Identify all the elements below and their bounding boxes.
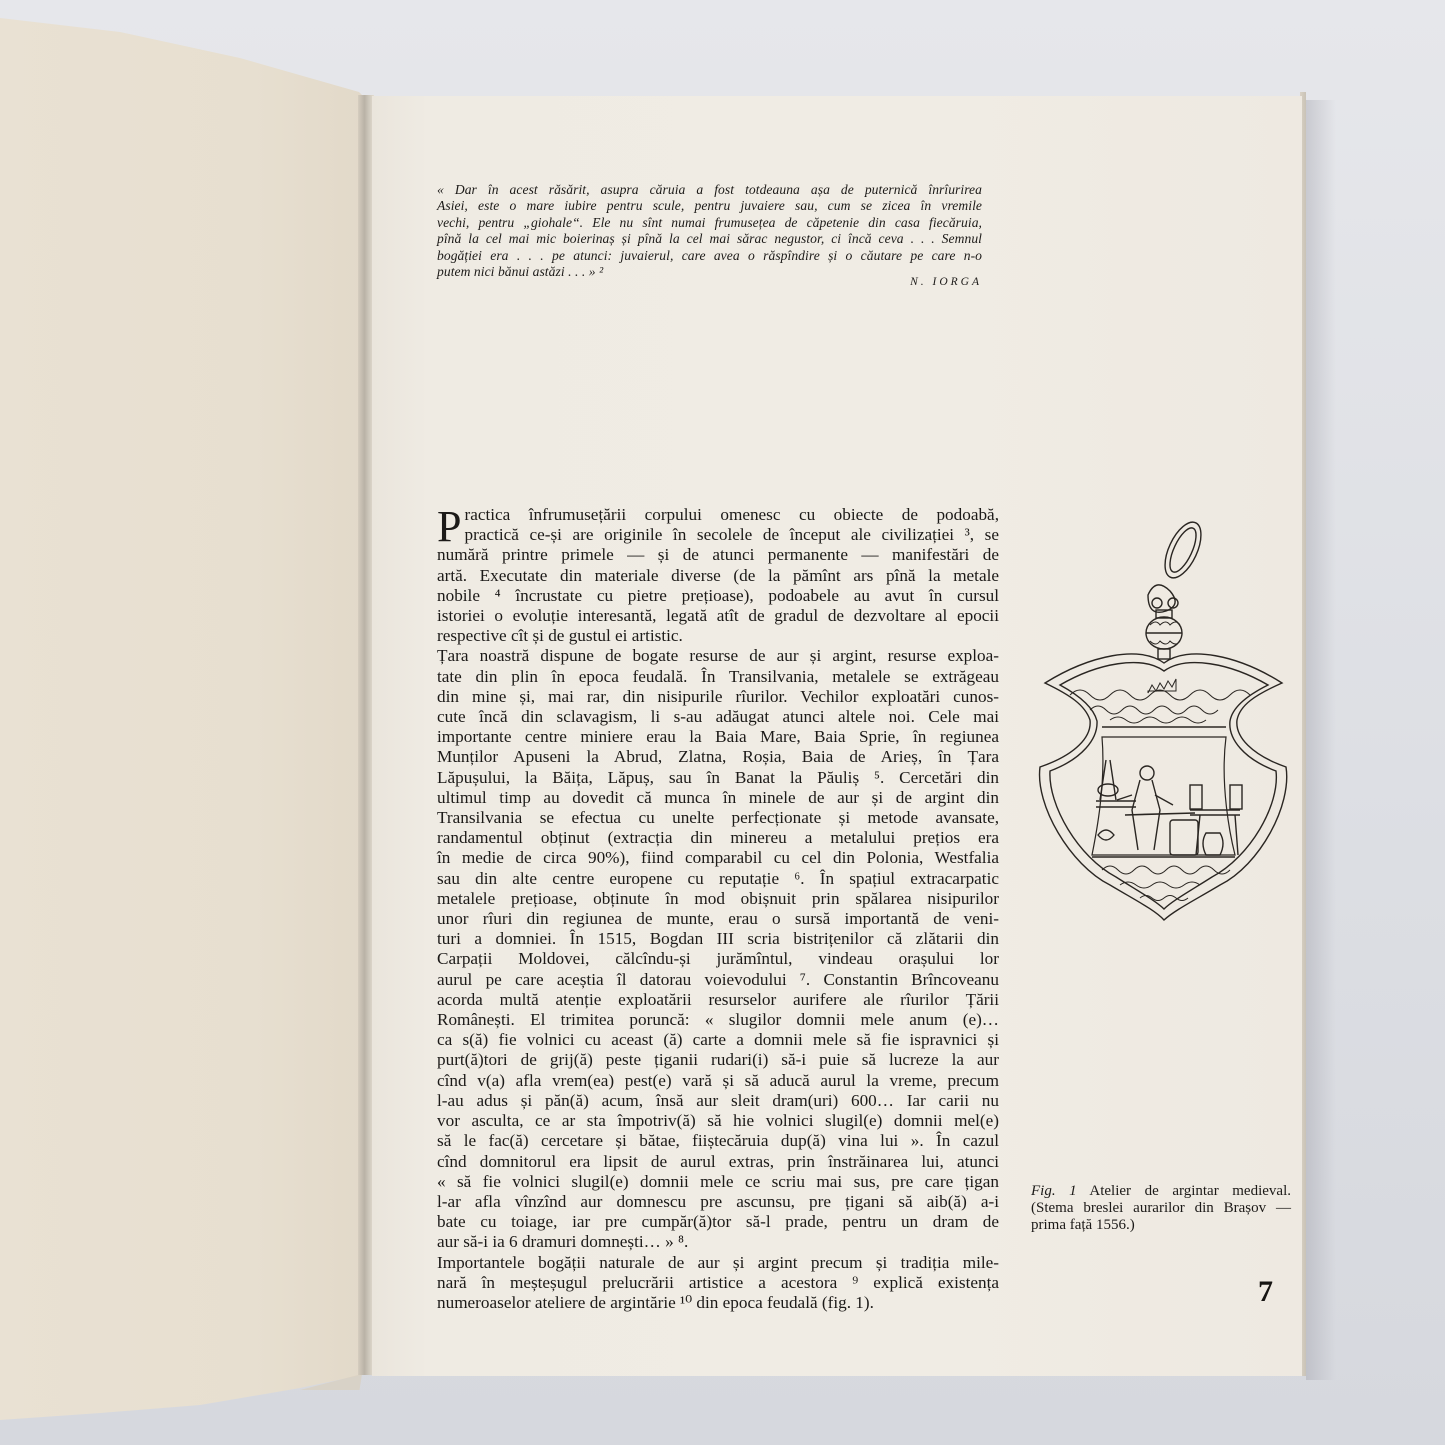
body-line: purt(ă)tori de grij(ă) peste țiganii rud… — [437, 1050, 999, 1070]
caption-line: Fig. 1 Atelier de argintar medieval. — [1031, 1183, 1291, 1200]
body-line: cute încă din sclavagism, li s-au adăuga… — [437, 707, 999, 727]
page-shadow — [1306, 100, 1336, 1380]
body-line: cînd domnitorul era lipsit de aurul extr… — [437, 1152, 999, 1172]
body-line: Munților Apuseni la Abrud, Zlatna, Roșia… — [437, 747, 999, 767]
body-line: Carpații Moldovei, călcîndu-și jurămîntu… — [437, 949, 999, 969]
body-line: unor rîuri din regiunea de munte, erau o… — [437, 909, 999, 929]
left-page-endpaper — [0, 0, 362, 1445]
caption-label: Fig. 1 — [1031, 1183, 1077, 1199]
body-line: tate din plin în epoca feudală. În Trans… — [437, 667, 999, 687]
body-line: ca s(ă) fie volnici cu aceast (ă) carte … — [437, 1030, 999, 1050]
epigraph-line: pînă la cel mai mic boierinaș și pînă la… — [437, 231, 982, 247]
body-line: nobile ⁴ încrustate cu pietre prețioase)… — [437, 586, 999, 606]
caption-line: (Stema breslei aurarilor din Brașov — — [1031, 1200, 1291, 1217]
body-line: respective cît și de gustul ei artistic. — [437, 626, 999, 646]
body-line: ultimul timp au dovedit că munca în mine… — [437, 788, 999, 808]
body-line: Țara noastră dispune de bogate resurse d… — [437, 646, 999, 666]
body-line: în medie de circa 90%), fiind comparabil… — [437, 848, 999, 868]
body-line: turi a domniei. În 1515, Bogdan III scri… — [437, 929, 999, 949]
body-line: l-ar afla vînzînd aur domnescu pre ascun… — [437, 1192, 999, 1212]
body-line: nară în meșteșugul prelucrării artistice… — [437, 1273, 999, 1293]
epigraph-line: Asiei, este o mare iubire pentru scule, … — [437, 198, 982, 214]
caption-text: Atelier de argintar medieval. — [1077, 1183, 1291, 1199]
silversmith-emblem-illustration — [1030, 505, 1295, 925]
page-number: 7 — [1258, 1275, 1273, 1309]
body-line: numără printre primele — și de atunci pe… — [437, 545, 999, 565]
body-line: artă. Executate din materiale diverse (d… — [437, 566, 999, 586]
body-line: importante centre miniere erau la Baia M… — [437, 727, 999, 747]
caption-line: prima față 1556.) — [1031, 1217, 1291, 1234]
body-line: aur să-i ia 6 dramuri domnești… » ⁸. — [437, 1232, 999, 1252]
epigraph-line: vechi, pentru „giohale“. Ele nu sînt num… — [437, 215, 982, 231]
body-text: P ractica înfrumusețării corpului omenes… — [437, 505, 999, 1313]
body-line: cînd v(a) afla vrem(ea) pest(e) vară și … — [437, 1071, 999, 1091]
body-line: numeroaselor ateliere de argintărie ¹⁰ d… — [437, 1293, 999, 1313]
epigraph-line: bogăției era . . . pe atunci: juvaierul,… — [437, 248, 982, 264]
body-line: aurul pe care aceștia îl datorau voievod… — [437, 970, 999, 990]
body-line: bate cu toiage, iar pre cumpăr(ă)tor să-… — [437, 1212, 999, 1232]
body-line: sau din alte centre europene cu reputați… — [437, 869, 999, 889]
foliage-pattern-bottom — [1102, 866, 1230, 901]
drop-cap: P — [437, 509, 461, 545]
body-line: Românești. El trimitea poruncă: « slugil… — [437, 1010, 999, 1030]
body-line: l-au adus și păn(ă) acum, însă aur sleit… — [437, 1091, 999, 1111]
body-line: istoriei o evoluție interesantă, legată … — [437, 606, 999, 626]
body-line: randamentul obținut (extracția din miner… — [437, 828, 999, 848]
body-line: acorda multă atenție exploatării resurse… — [437, 990, 999, 1010]
body-line: Importantele bogății naturale de aur și … — [437, 1253, 999, 1273]
body-line: Transilvania se efectua cu unelte perfec… — [437, 808, 999, 828]
epigraph-line: « Dar în acest răsărit, asupra căruia a … — [437, 182, 982, 198]
body-line: « să fie volnici slugil(e) domnii mele c… — [437, 1172, 999, 1192]
foliage-pattern-top — [1070, 679, 1250, 723]
body-line: vor asculta, ce ar sta împotriv(ă) să hi… — [437, 1111, 999, 1131]
body-line: practică ce-și are originile în secolele… — [437, 525, 999, 545]
body-line: Lăpușului, la Băița, Lăpuș, sau în Banat… — [437, 768, 999, 788]
figure-caption: Fig. 1 Atelier de argintar medieval. (St… — [1031, 1183, 1291, 1233]
body-line: să le fac(ă) cercetare și bătae, fiiștec… — [437, 1131, 999, 1151]
body-line: metalele prețioase, obținute în mod obiș… — [437, 889, 999, 909]
epigraph-author: N. IORGA — [840, 276, 982, 288]
body-line: din mine și, mai rar, din nisipurile rîu… — [437, 687, 999, 707]
figure-guild-emblem — [1030, 505, 1295, 925]
body-line: ractica înfrumusețării corpului omenesc … — [437, 505, 999, 525]
epigraph-quote: « Dar în acest răsărit, asupra căruia a … — [437, 182, 982, 280]
